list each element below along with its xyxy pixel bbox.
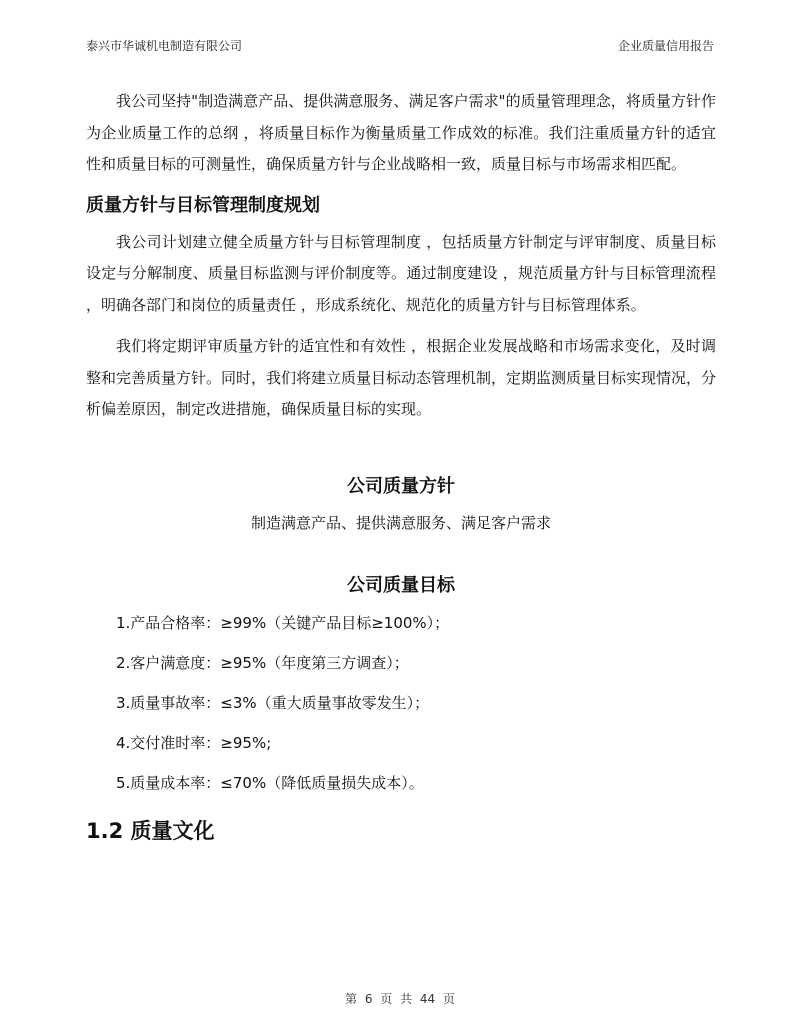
section-title: 1.2 质量文化 bbox=[86, 815, 716, 845]
goal-item: 1.产品合格率：≥99%（关键产品目标≥100%）； bbox=[86, 613, 716, 633]
policy-text: 制造满意产品、提供满意服务、满足客户需求 bbox=[86, 512, 716, 533]
goal-item: 4.交付准时率：≥95%; bbox=[86, 733, 716, 753]
header-report-title: 企业质量信用报告 bbox=[618, 37, 714, 54]
header-company-name: 泰兴市华诚机电制造有限公司 bbox=[86, 37, 242, 54]
intro-paragraph: 我公司坚持"制造满意产品、提供满意服务、满足客户需求"的质量管理理念，将质量方针… bbox=[86, 86, 716, 181]
goal-item: 5.质量成本率：≤70%（降低质量损失成本）。 bbox=[86, 773, 716, 793]
page-number: 第 6 页 共 44 页 bbox=[0, 990, 800, 1007]
planning-heading: 质量方针与目标管理制度规划 bbox=[86, 191, 716, 221]
planning-paragraph-1: 我公司计划建立健全质量方针与目标管理制度 ，包括质量方针制定与评审制度、质量目标… bbox=[86, 227, 716, 322]
policy-title: 公司质量方针 bbox=[86, 472, 716, 498]
goal-item: 3.质量事故率：≤3%（重大质量事故零发生）； bbox=[86, 693, 716, 713]
goals-title: 公司质量目标 bbox=[86, 571, 716, 597]
goal-item: 2.客户满意度：≥95%（年度第三方调查）； bbox=[86, 653, 716, 673]
page-content: 我公司坚持"制造满意产品、提供满意服务、满足客户需求"的质量管理理念，将质量方针… bbox=[86, 86, 716, 845]
planning-paragraph-2: 我们将定期评审质量方针的适宜性和有效性 ，根据企业发展战略和市场需求变化，及时调… bbox=[86, 331, 716, 426]
